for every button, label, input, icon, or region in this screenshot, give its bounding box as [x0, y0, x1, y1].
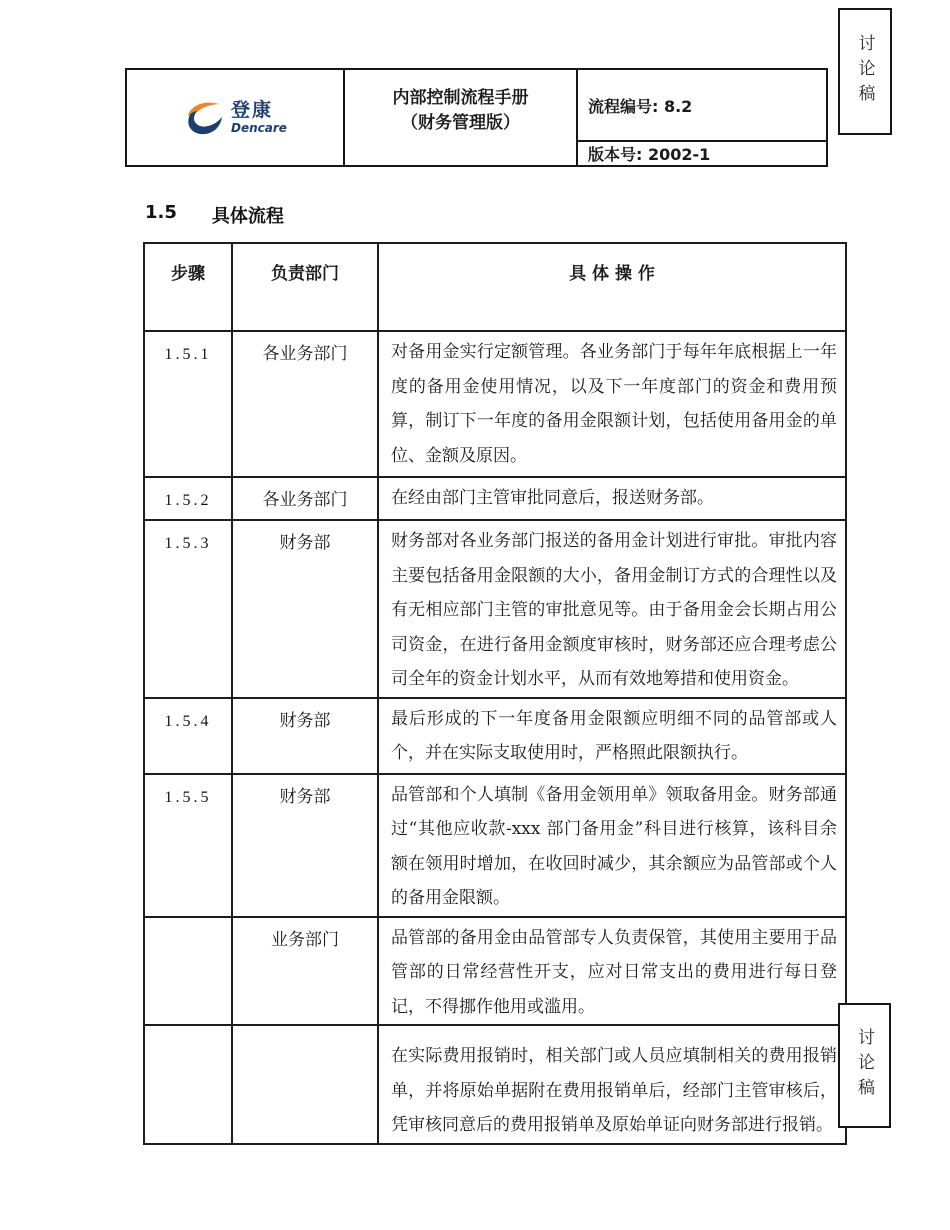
manual-title-line1: 内部控制流程手册	[393, 86, 529, 111]
draft-stamp-label: 讨论稿	[853, 34, 878, 109]
section-number: 1.5	[145, 202, 177, 228]
dept-cell: 财务部	[232, 520, 378, 698]
table-row: 1.5.3 财务部 财务部对各业务部门报送的备用金计划进行审批。审批内容主要包括…	[144, 520, 846, 698]
col-header-dept: 负责部门	[232, 243, 378, 331]
dept-cell	[232, 1025, 378, 1144]
dept-cell: 业务部门	[232, 917, 378, 1026]
draft-stamp-label: 讨论稿	[852, 1028, 877, 1103]
dept-cell: 财务部	[232, 698, 378, 774]
step-cell: 1.5.5	[144, 774, 232, 917]
table-row: 在实际费用报销时，相关部门或人员应填制相关的费用报销单，并将原始单据附在费用报销…	[144, 1025, 846, 1144]
step-cell: 1.5.2	[144, 477, 232, 520]
operation-cell: 财务部对各业务部门报送的备用金计划进行审批。审批内容主要包括备用金限额的大小，备…	[378, 520, 846, 698]
draft-stamp-top: 讨论稿	[838, 8, 892, 135]
step-cell	[144, 1025, 232, 1144]
process-number: 流程编号: 8.2	[578, 70, 826, 140]
table-header-row: 步骤 负责部门 具 体 操 作	[144, 243, 846, 331]
section-title: 具体流程	[212, 202, 284, 228]
table-row: 1.5.1 各业务部门 对备用金实行定额管理。各业务部门于每年年底根据上一年度的…	[144, 331, 846, 477]
step-cell: 1.5.4	[144, 698, 232, 774]
version-number: 版本号: 2002-1	[578, 140, 826, 165]
process-table: 步骤 负责部门 具 体 操 作 1.5.1 各业务部门 对备用金实行定额管理。各…	[143, 242, 847, 1145]
step-cell	[144, 917, 232, 1026]
dept-cell: 各业务部门	[232, 477, 378, 520]
operation-cell: 对备用金实行定额管理。各业务部门于每年年底根据上一年度的备用金使用情况，以及下一…	[378, 331, 846, 477]
table-row: 1.5.4 财务部 最后形成的下一年度备用金限额应明细不同的品管部或人个，并在实…	[144, 698, 846, 774]
manual-title-cell: 内部控制流程手册 （财务管理版）	[343, 70, 578, 165]
logo-name-en: Dencare	[231, 122, 287, 134]
logo-text: 登康 Dencare	[231, 101, 287, 134]
table-row: 1.5.5 财务部 品管部和个人填制《备用金领用单》领取备用金。财务部通过“其他…	[144, 774, 846, 917]
col-header-operation: 具 体 操 作	[378, 243, 846, 331]
section-heading: 1.5 具体流程	[145, 202, 284, 228]
operation-cell: 品管部和个人填制《备用金领用单》领取备用金。财务部通过“其他应收款-xxx 部门…	[378, 774, 846, 917]
document-page: 讨论稿 登康 Dencare 内部控制流程手册 （财务管理版） 流程编号: 8.…	[0, 0, 950, 1230]
col-header-step: 步骤	[144, 243, 232, 331]
table-row: 业务部门 品管部的备用金由品管部专人负责保管，其使用主要用于品管部的日常经营性开…	[144, 917, 846, 1026]
step-cell: 1.5.3	[144, 520, 232, 698]
logo-cell: 登康 Dencare	[127, 70, 343, 165]
operation-cell: 品管部的备用金由品管部专人负责保管，其使用主要用于品管部的日常经营性开支，应对日…	[378, 917, 846, 1026]
dencare-logo-icon	[183, 99, 225, 137]
operation-cell: 在实际费用报销时，相关部门或人员应填制相关的费用报销单，并将原始单据附在费用报销…	[378, 1025, 846, 1144]
dept-cell: 各业务部门	[232, 331, 378, 477]
operation-cell: 在经由部门主管审批同意后，报送财务部。	[378, 477, 846, 520]
manual-title-line2: （财务管理版）	[401, 111, 520, 136]
step-cell: 1.5.1	[144, 331, 232, 477]
draft-stamp-bottom: 讨论稿	[838, 1003, 891, 1128]
logo-name-zh: 登康	[231, 101, 287, 120]
document-header-table: 登康 Dencare 内部控制流程手册 （财务管理版） 流程编号: 8.2 版本…	[125, 68, 828, 167]
header-meta-cell: 流程编号: 8.2 版本号: 2002-1	[578, 70, 826, 165]
company-logo: 登康 Dencare	[183, 99, 287, 137]
dept-cell: 财务部	[232, 774, 378, 917]
table-row: 1.5.2 各业务部门 在经由部门主管审批同意后，报送财务部。	[144, 477, 846, 520]
operation-cell: 最后形成的下一年度备用金限额应明细不同的品管部或人个，并在实际支取使用时，严格照…	[378, 698, 846, 774]
